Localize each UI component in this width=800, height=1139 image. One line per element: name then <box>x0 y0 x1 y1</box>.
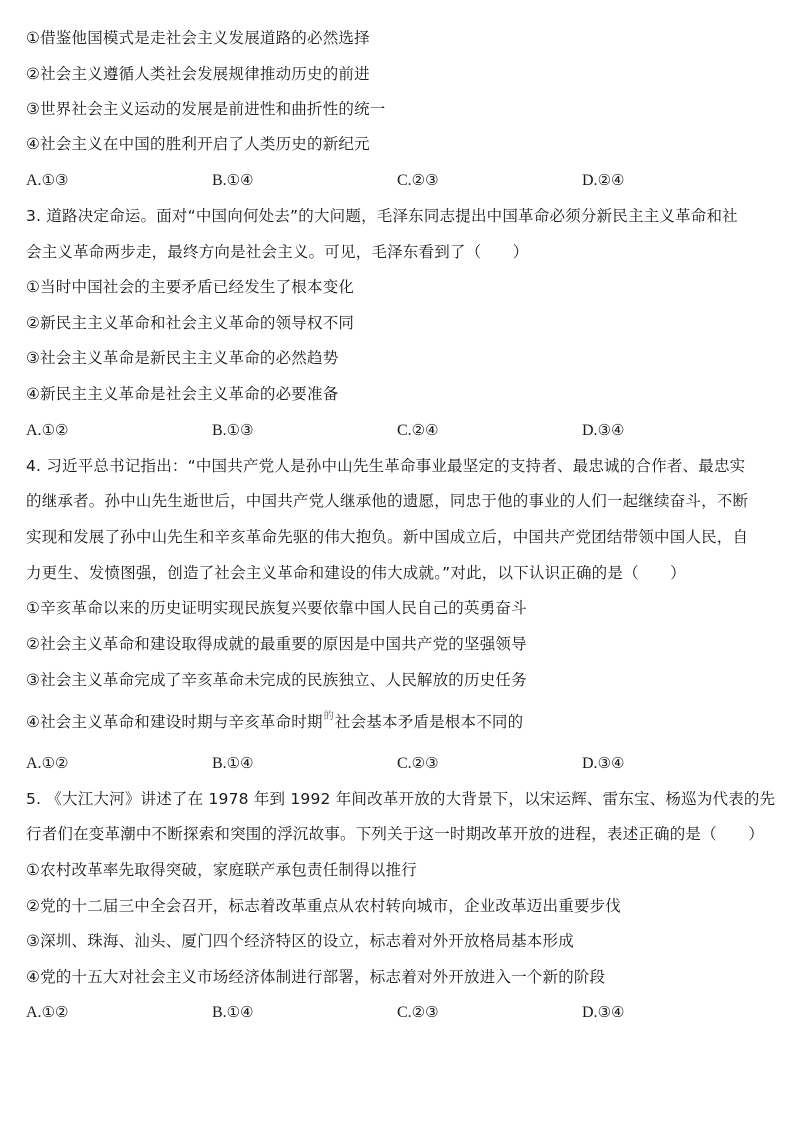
q3-options: A.①② B.①③ C.②④ D.③④ <box>26 420 766 440</box>
q2-statement-3: ③世界社会主义运动的发展是前进性和曲折性的统一 <box>26 99 386 119</box>
q5-option-d[interactable]: D.③④ <box>582 1002 624 1023</box>
q5-option-c[interactable]: C.②③ <box>397 1002 439 1023</box>
q2-option-a[interactable]: A.①③ <box>26 170 68 191</box>
q2-option-b[interactable]: B.①④ <box>212 170 254 191</box>
q5-stem-line-2: 行者们在变革潮中不断探索和突围的浮沉故事。下列关于这一时期改革开放的进程，表述正… <box>26 824 764 844</box>
q3-stem-line-2: 会主义革命两步走，最终方向是社会主义。可见，毛泽东看到了（ ） <box>26 242 528 262</box>
q4-statement-2: ②社会主义革命和建设取得成就的最重要的原因是中国共产党的坚强领导 <box>26 634 527 654</box>
q5-option-a[interactable]: A.①② <box>26 1002 68 1023</box>
q2-statement-2: ②社会主义遵循人类社会发展规律推动历史的前进 <box>26 64 370 84</box>
q3-statement-4: ④新民主主义革命是社会主义革命的必要准备 <box>26 384 338 404</box>
q3-statement-3: ③社会主义革命是新民主主义革命的必然趋势 <box>26 348 338 368</box>
q4-stem-line-2: 的继承者。孙中山先生逝世后，中国共产党人继承他的遗愿，同忠于他的事业的人们一起继… <box>26 491 748 511</box>
q2-option-c[interactable]: C.②③ <box>397 170 439 191</box>
q5-options: A.①② B.①④ C.②③ D.③④ <box>26 1002 766 1022</box>
q3-statement-1: ①当时中国社会的主要矛盾已经发生了根本变化 <box>26 277 354 297</box>
q5-option-b[interactable]: B.①④ <box>212 1002 254 1023</box>
q5-stem-line-1: 5. 《大江大河》讲述了在 1978 年到 1992 年间改革开放的大背景下，以… <box>26 789 775 809</box>
q2-options: A.①③ B.①④ C.②③ D.②④ <box>26 170 766 190</box>
q5-statement-4: ④党的十五大对社会主义市场经济体制进行部署，标志着对外开放进入一个新的阶段 <box>26 967 605 987</box>
q3-option-b[interactable]: B.①③ <box>212 420 254 441</box>
q4-option-c[interactable]: C.②③ <box>397 753 439 774</box>
q5-statement-3: ③深圳、珠海、汕头、厦门四个经济特区的设立，标志着对外开放格局基本形成 <box>26 931 574 951</box>
q4-stem-line-1: 4. 习近平总书记指出：“中国共产党人是孙中山先生革命事业最坚定的支持者、最忠诚… <box>26 456 745 476</box>
q5-statement-1: ①农村改革率先取得突破，家庭联产承包责任制得以推行 <box>26 860 417 880</box>
q2-statement-1: ①借鉴他国模式是走社会主义发展道路的必然选择 <box>26 28 370 48</box>
q3-stem-line-1: 3. 道路决定命运。面对“中国向何处去”的大问题，毛泽东同志提出中国革命必须分新… <box>26 206 738 226</box>
q4-statement-4: ④社会主义革命和建设时期与辛亥革命时期的社会基本矛盾是根本不同的 <box>26 712 523 732</box>
q3-statement-2: ②新民主主义革命和社会主义革命的领导权不同 <box>26 313 354 333</box>
q3-option-d[interactable]: D.③④ <box>582 420 624 441</box>
q4-statement-3: ③社会主义革命完成了辛亥革命未完成的民族独立、人民解放的历史任务 <box>26 670 527 690</box>
q4-statement-1: ①辛亥革命以来的历史证明实现民族复兴要依靠中国人民自己的英勇奋斗 <box>26 598 527 618</box>
q4-stem-line-4: 力更生、发愤图强，创造了社会主义革命和建设的伟大成就。”对此，以下认识正确的是（… <box>26 563 686 583</box>
q2-statement-4: ④社会主义在中国的胜利开启了人类历史的新纪元 <box>26 134 370 154</box>
q3-option-c[interactable]: C.②④ <box>397 420 439 441</box>
q4-option-b[interactable]: B.①④ <box>212 753 254 774</box>
q2-option-d[interactable]: D.②④ <box>582 170 624 191</box>
superscript-char: 的 <box>324 711 334 722</box>
q4-option-a[interactable]: A.①② <box>26 753 68 774</box>
q3-option-a[interactable]: A.①② <box>26 420 68 441</box>
q5-statement-2: ②党的十二届三中全会召开，标志着改革重点从农村转向城市，企业改革迈出重要步伐 <box>26 896 621 916</box>
q4-options: A.①② B.①④ C.②③ D.③④ <box>26 753 766 773</box>
q4-option-d[interactable]: D.③④ <box>582 753 624 774</box>
q4-stem-line-3: 实现和发展了孙中山先生和辛亥革命先驱的伟大抱负。新中国成立后，中国共产党团结带领… <box>26 527 748 547</box>
